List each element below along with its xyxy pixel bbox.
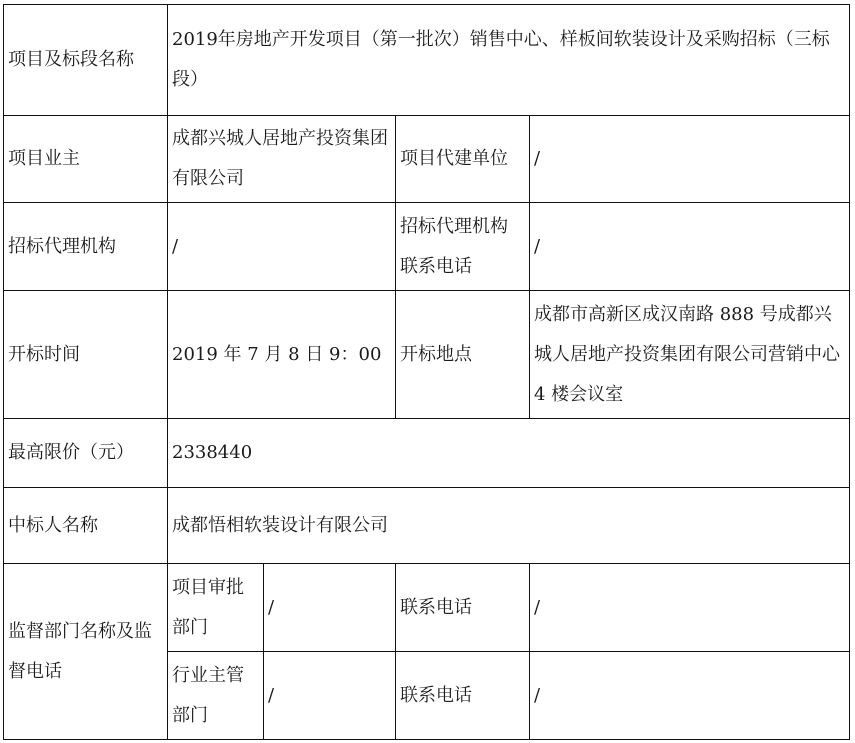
project-name-label: 项目及标段名称: [4, 5, 168, 116]
row-owner: 项目业主 成都兴城人居地产投资集团有限公司 项目代建单位 /: [4, 116, 850, 203]
industry-dept-label: 行业主管部门: [168, 652, 264, 740]
row-project-name: 项目及标段名称 2019年房地产开发项目（第一批次）销售中心、样板间软装设计及采…: [4, 5, 850, 116]
industry-dept-value: /: [264, 652, 396, 740]
row-supervision-1: 监督部门名称及监督电话 项目审批部门 / 联系电话 /: [4, 564, 850, 652]
opening-place-value: 成都市高新区成汉南路 888 号成都兴城人居地产投资集团有限公司营销中心 4 楼…: [530, 291, 850, 419]
agent-unit-value: /: [530, 116, 850, 203]
supervision-label: 监督部门名称及监督电话: [4, 564, 168, 740]
approval-dept-label: 项目审批部门: [168, 564, 264, 652]
owner-value: 成都兴城人居地产投资集团有限公司: [168, 116, 396, 203]
max-price-label: 最高限价（元）: [4, 419, 168, 488]
winner-value: 成都悟相软装设计有限公司: [168, 488, 850, 564]
row-opening: 开标时间 2019 年 7 月 8 日 9：00 开标地点 成都市高新区成汉南路…: [4, 291, 850, 419]
row-tender-agency: 招标代理机构 / 招标代理机构联系电话 /: [4, 203, 850, 291]
tender-agency-label: 招标代理机构: [4, 203, 168, 291]
industry-phone-label: 联系电话: [396, 652, 530, 740]
row-winner: 中标人名称 成都悟相软装设计有限公司: [4, 488, 850, 564]
tender-agency-phone-label: 招标代理机构联系电话: [396, 203, 530, 291]
project-name-value: 2019年房地产开发项目（第一批次）销售中心、样板间软装设计及采购招标（三标段）: [168, 5, 850, 116]
max-price-value: 2338440: [168, 419, 850, 488]
agent-unit-label: 项目代建单位: [396, 116, 530, 203]
opening-place-label: 开标地点: [396, 291, 530, 419]
industry-phone-value: /: [530, 652, 850, 740]
row-max-price: 最高限价（元） 2338440: [4, 419, 850, 488]
opening-time-value: 2019 年 7 月 8 日 9：00: [168, 291, 396, 419]
bid-result-table: 项目及标段名称 2019年房地产开发项目（第一批次）销售中心、样板间软装设计及采…: [3, 4, 850, 740]
opening-time-label: 开标时间: [4, 291, 168, 419]
approval-phone-value: /: [530, 564, 850, 652]
winner-label: 中标人名称: [4, 488, 168, 564]
approval-phone-label: 联系电话: [396, 564, 530, 652]
approval-dept-value: /: [264, 564, 396, 652]
tender-agency-value: /: [168, 203, 396, 291]
owner-label: 项目业主: [4, 116, 168, 203]
tender-agency-phone-value: /: [530, 203, 850, 291]
